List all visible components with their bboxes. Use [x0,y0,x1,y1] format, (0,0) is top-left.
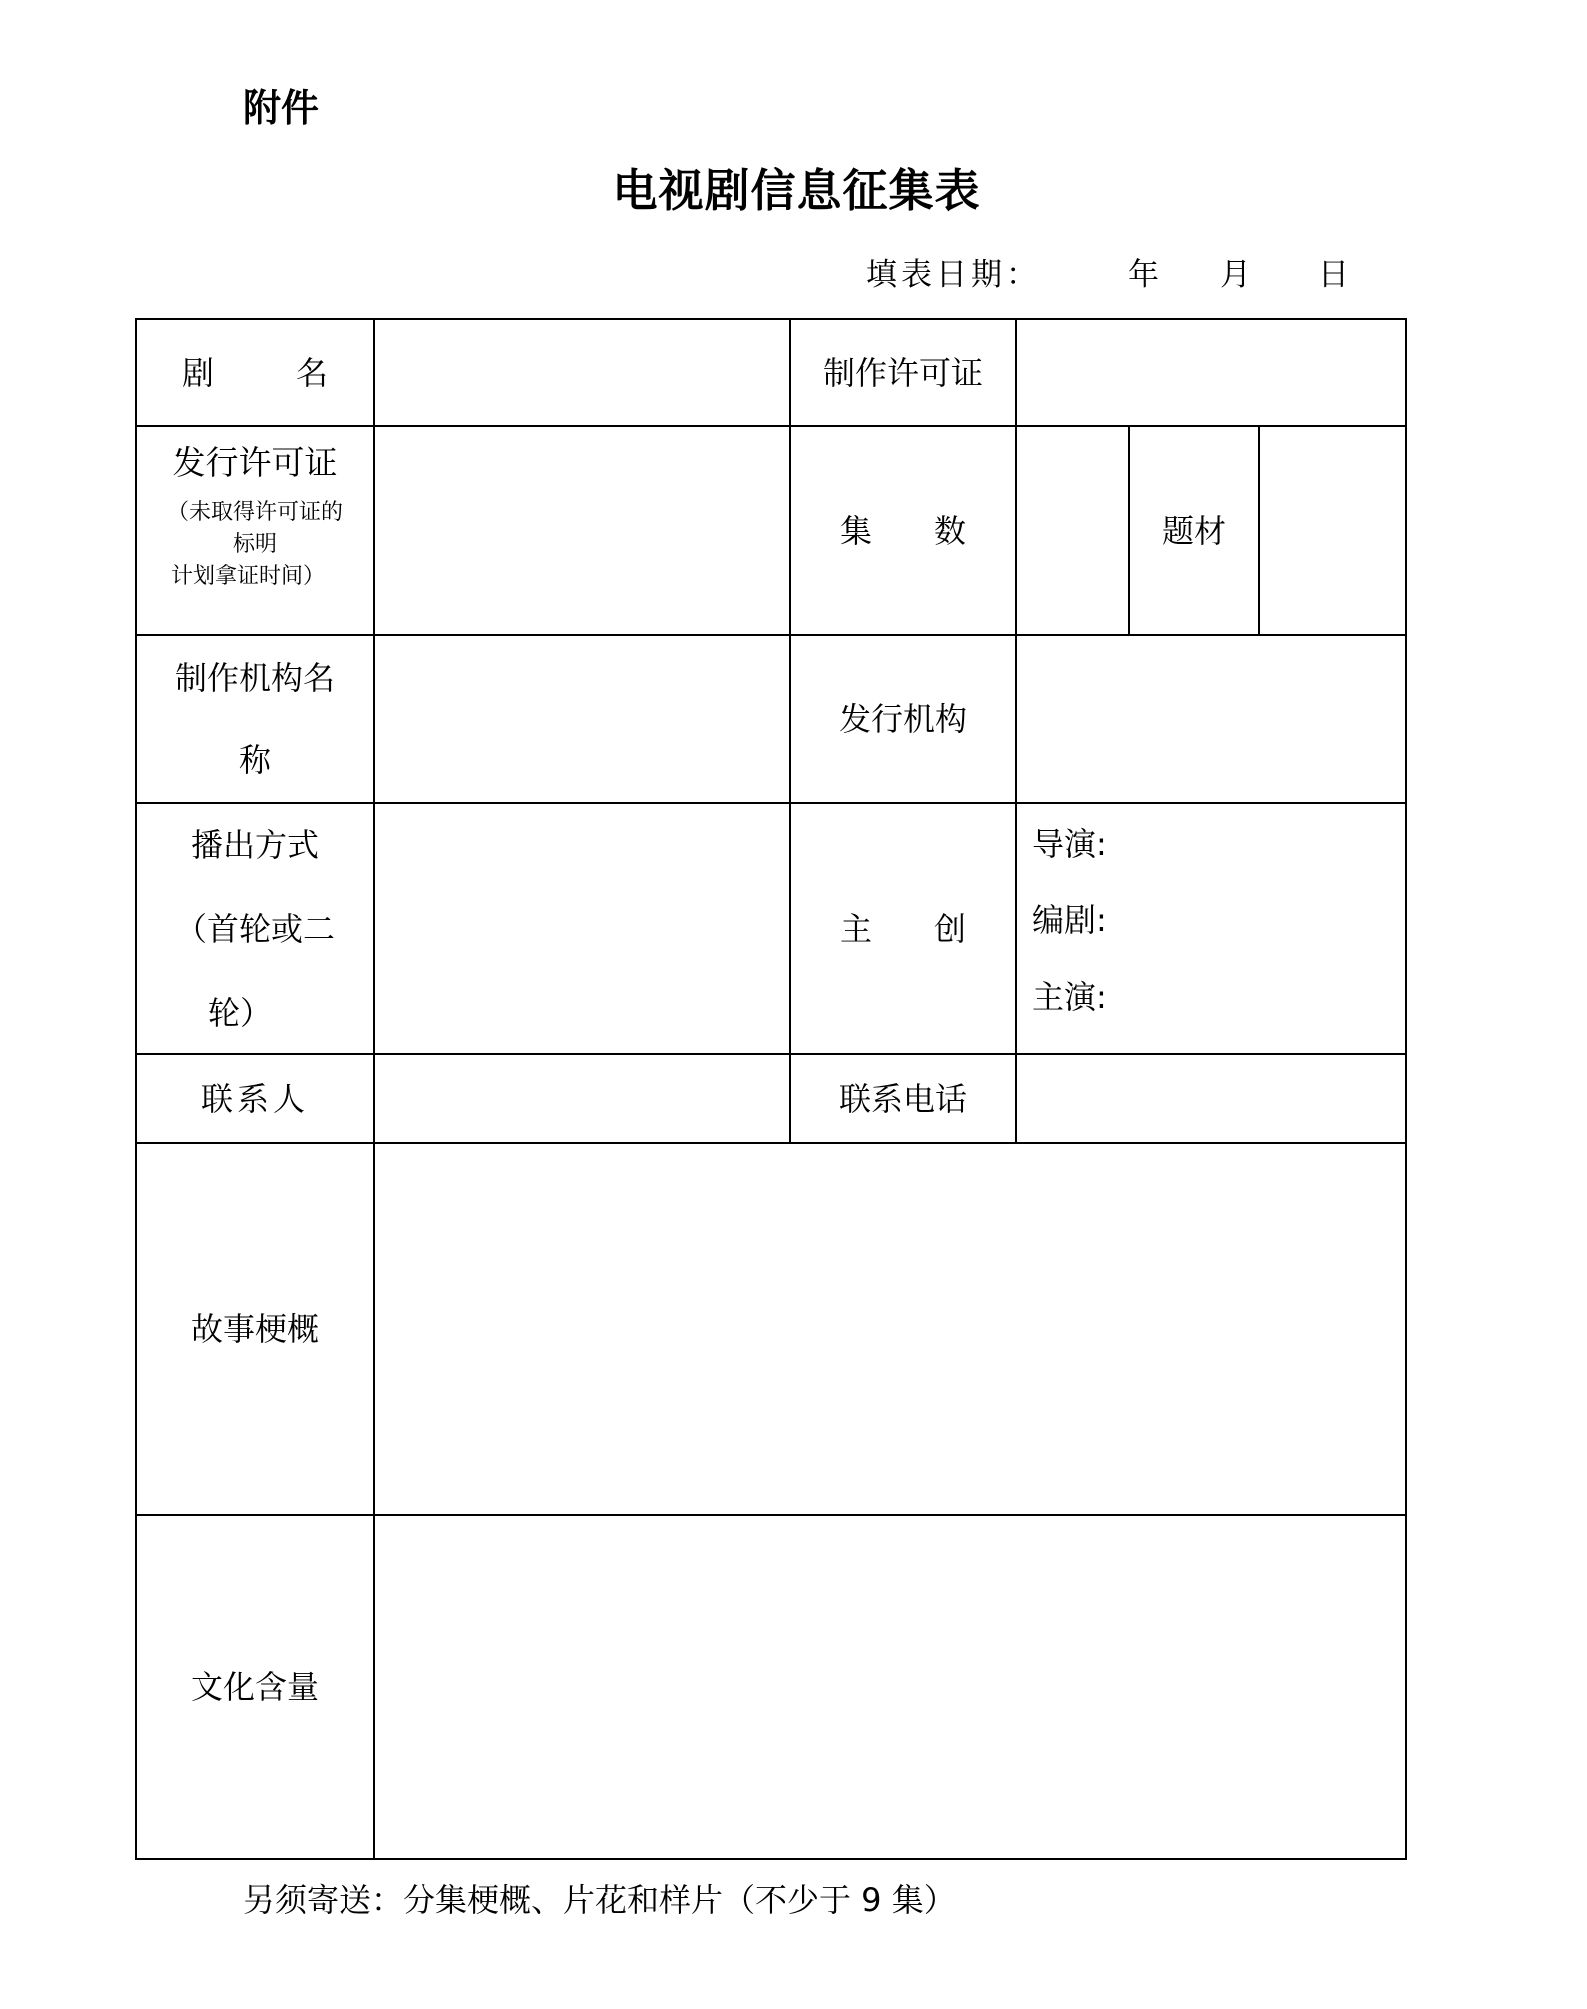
synopsis-label: 故事梗概 [135,1142,375,1516]
fill-date: 填表日期：年月日 [866,256,1353,294]
cultural-content-label: 文化含量 [135,1514,375,1860]
distribution-license-label: 发行许可证 （未取得许可证的 标明 计划拿证时间） [135,425,375,636]
drama-name-field[interactable] [373,318,791,427]
director-field[interactable]: 导演: [1032,824,1107,900]
distribution-license-field[interactable] [373,425,791,636]
broadcast-field[interactable] [373,802,791,1055]
fill-date-label: 填表日期： [866,256,1128,294]
cultural-content-field[interactable] [373,1514,1407,1860]
producer-field[interactable] [373,634,791,804]
distributor-field[interactable] [1015,634,1407,804]
fill-date-month[interactable]: 月 [1220,256,1318,294]
creators-label: 主创 [789,802,1017,1055]
genre-field[interactable] [1258,425,1407,636]
lead-actors-field[interactable]: 主演: [1032,977,1107,1053]
contact-phone-label: 联系电话 [789,1053,1017,1144]
genre-label: 题材 [1128,425,1260,636]
producer-label: 制作机构名 称 [135,634,375,804]
episodes-label: 集数 [789,425,1017,636]
distribution-license-note-1: （未取得许可证的 [167,497,343,529]
distributor-label: 发行机构 [789,634,1017,804]
drama-name-label-a: 剧 [182,354,214,392]
distribution-license-note-2: 标明 [233,529,277,561]
drama-name-label-b: 名 [296,354,328,392]
creators-field[interactable]: 导演: 编剧: 主演: [1015,802,1407,1055]
footer-note: 另须寄送：分集梗概、片花和样片（不少于 9 集） [243,1880,956,1920]
contact-person-field[interactable] [373,1053,791,1144]
production-license-field[interactable] [1015,318,1407,427]
attachment-label: 附件 [243,86,319,130]
production-license-label: 制作许可证 [789,318,1017,427]
info-form-table: 剧名 制作许可证 发行许可证 （未取得许可证的 标明 计划拿证时间） 集数 题材… [135,318,1407,1860]
distribution-license-note-3: 计划拿证时间） [171,561,325,593]
contact-person-label: 联系人 [135,1053,375,1144]
fill-date-year[interactable]: 年 [1128,256,1220,294]
broadcast-label: 播出方式 （首轮或二 轮） [135,802,375,1055]
synopsis-field[interactable] [373,1142,1407,1516]
drama-name-label: 剧名 [135,318,375,427]
fill-date-day[interactable]: 日 [1318,256,1353,294]
contact-phone-field[interactable] [1015,1053,1407,1144]
page-title: 电视剧信息征集表 [0,164,1587,218]
episodes-field[interactable] [1015,425,1130,636]
screenwriter-field[interactable]: 编剧: [1032,900,1107,976]
